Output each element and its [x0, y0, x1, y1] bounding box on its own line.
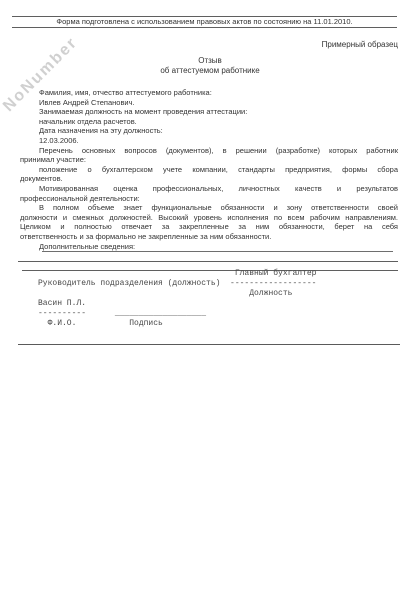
body-line: принимал участие:	[20, 155, 398, 165]
body-line: Перечень основных вопросов (документов),…	[20, 146, 398, 156]
title-line-1: Отзыв	[0, 56, 420, 66]
body-line: начальник отдела расчетов.	[20, 117, 398, 127]
body-line: Занимаемая должность на момент проведени…	[20, 107, 398, 117]
body-line: Ивлев Андрей Степанович.	[20, 98, 398, 108]
body-line: Дата назначения на эту должность:	[20, 126, 398, 136]
body-line: Целиком и полностью отвечает за закрепле…	[20, 222, 398, 232]
body-line: профессиональной деятельности:	[20, 194, 398, 204]
bottom-rule	[18, 344, 400, 345]
body-line: документов.	[20, 174, 398, 184]
body-line: В полном объеме знает функциональные обя…	[20, 203, 398, 213]
signature-line: Руководитель подразделения (должность) -…	[38, 279, 316, 289]
signature-line: Ф.И.О. Подпись	[38, 319, 316, 329]
title-line-2: об аттестуемом работнике	[0, 66, 420, 76]
body-line: Мотивированная оценка профессиональных, …	[20, 184, 398, 194]
horizontal-rule-1	[18, 261, 398, 262]
body-line: ответственность и за формально не закреп…	[20, 232, 398, 242]
signature-line: ---------- ___________________	[38, 309, 316, 319]
body-line: должности и смежных должностей. Высокий …	[20, 213, 398, 223]
body-line: Фамилия, имя, отчество аттестуемого рабо…	[20, 88, 398, 98]
body-line: положение о бухгалтерском учете компании…	[20, 165, 398, 175]
blank-fill-line	[42, 251, 393, 252]
sample-label: Примерный образец	[322, 40, 398, 49]
body-line: 12.03.2006.	[20, 136, 398, 146]
signature-line: Главный бухгалтер	[38, 269, 316, 279]
header-notice-band: Форма подготовлена с использованием прав…	[12, 16, 397, 28]
signature-block: Главный бухгалтерРуководитель подразделе…	[38, 269, 316, 329]
document-title: Отзыв об аттестуемом работнике	[0, 56, 420, 76]
document-page: NoNumber Форма подготовлена с использова…	[0, 0, 420, 600]
signature-line: Должность	[38, 289, 316, 299]
document-body: Фамилия, имя, отчество аттестуемого рабо…	[20, 88, 398, 251]
body-line: Дополнительные сведения:	[20, 242, 398, 252]
header-notice-text: Форма подготовлена с использованием прав…	[56, 17, 352, 26]
signature-line: Васин П.Л.	[38, 299, 316, 309]
